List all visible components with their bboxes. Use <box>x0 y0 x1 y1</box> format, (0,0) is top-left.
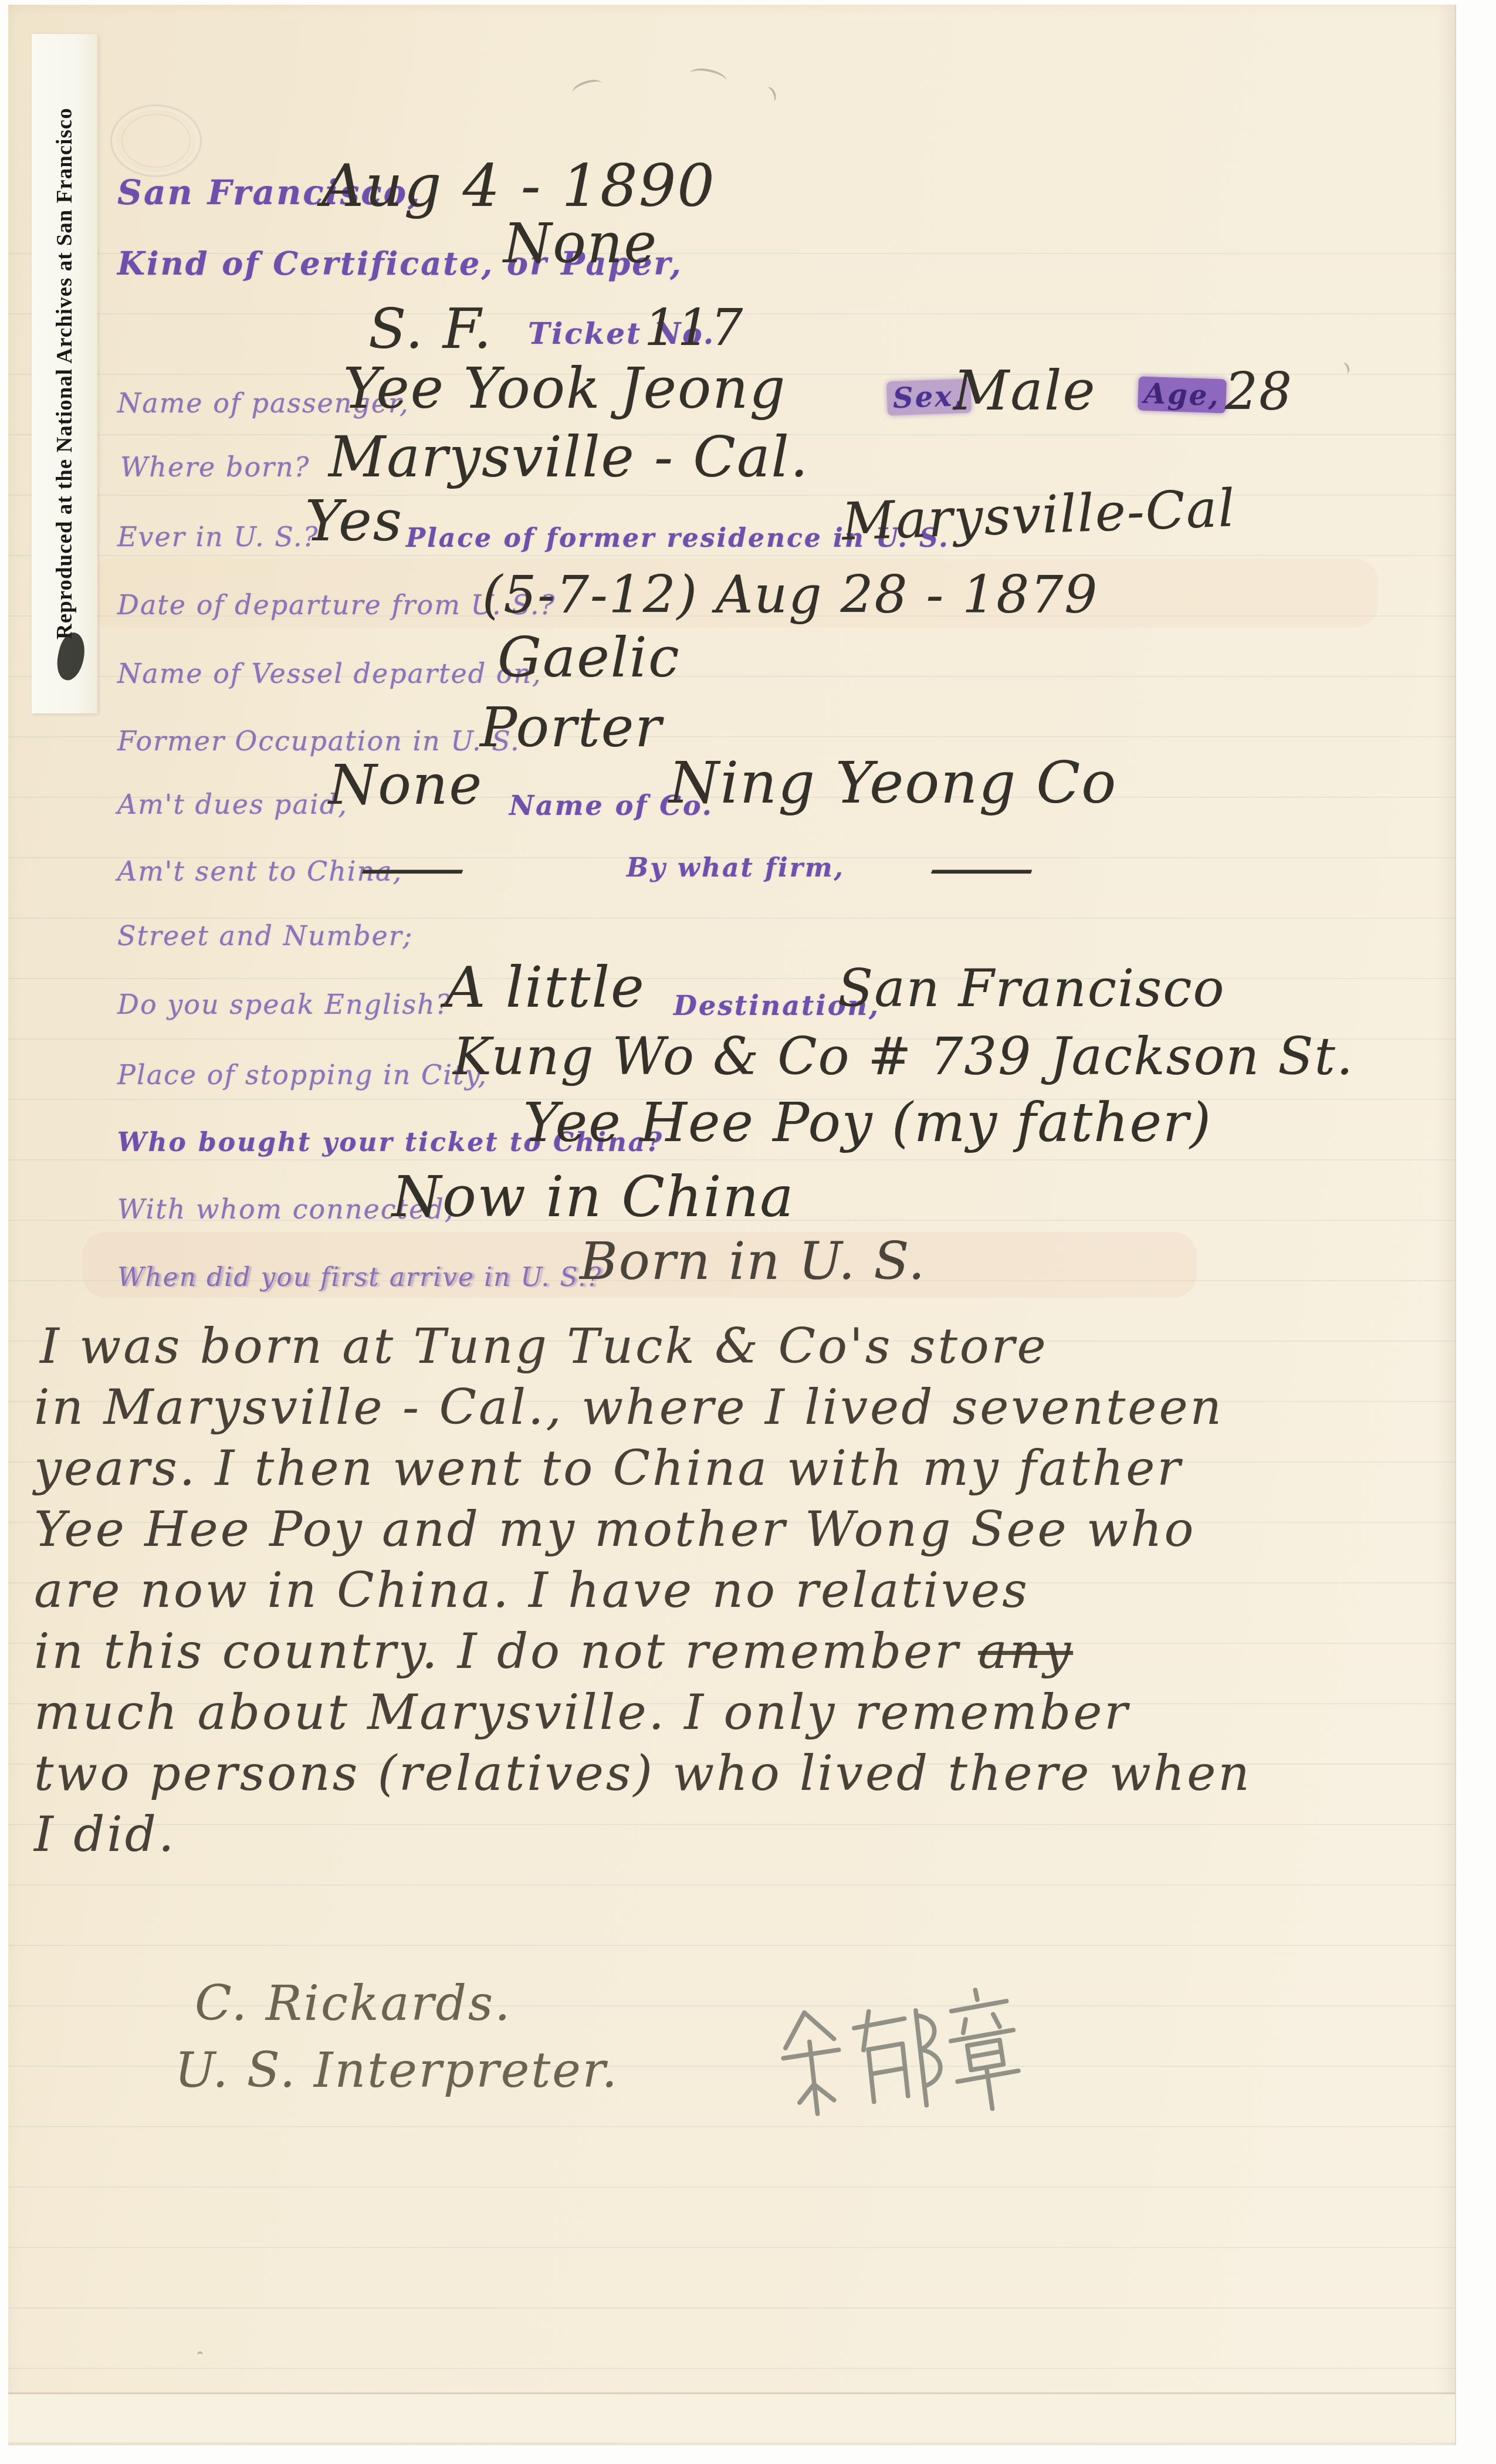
label-occupation: Former Occupation in U. S. <box>117 725 520 757</box>
answer-date: Aug 4 - 1890 <box>321 151 716 220</box>
answer-company: Ning Yeong Co <box>669 750 1117 817</box>
answer-sf: S. F. <box>368 297 492 361</box>
answer-dues-paid: None <box>329 753 483 817</box>
label-ever-in-us: Ever in U. S.? <box>117 521 319 553</box>
form-row-departure-date: Date of departure from U. S.? (5-7-12) A… <box>0 574 1496 644</box>
answer-certificate: None <box>503 212 658 276</box>
pencil-mark <box>197 2351 203 2358</box>
answer-by-what-firm: — <box>927 834 1038 901</box>
form-row-certificate: Kind of Certificate, or Paper, None <box>0 232 1496 302</box>
label-first-arrival: When did you first arrive in U. S.? <box>117 1263 602 1292</box>
answer-ever-in-us: Yes <box>305 488 403 554</box>
label-street-number: Street and Number; <box>117 920 413 952</box>
answer-sex: Male <box>953 359 1096 422</box>
statement-line: Yee Hee Poy and my mother Wong See who <box>34 1501 1471 1562</box>
form-row-born: Where born? Marysville - Cal. <box>0 437 1496 507</box>
form-row-sent-to-china: Am't sent to China, — By what firm, — <box>0 840 1496 911</box>
struck-word: any <box>978 1623 1073 1680</box>
label-stopping-place: Place of stopping in City, <box>117 1059 488 1091</box>
label-speak-english: Do you speak English? <box>117 989 451 1020</box>
statement-line: years. I then went to China with my fath… <box>34 1440 1471 1501</box>
answer-departure-date: (5-7-12) Aug 28 - 1879 <box>482 564 1098 625</box>
label-by-what-firm: By what firm, <box>627 853 845 883</box>
answer-first-arrival: Born in U. S. <box>580 1231 926 1291</box>
statement-line: I did. <box>34 1806 1471 1867</box>
answer-sent-to-china: — <box>358 834 469 901</box>
statement-line: are now in China. I have no relatives <box>34 1562 1471 1623</box>
label-dues-paid: Am't dues paid, <box>117 788 348 820</box>
answer-where-born: Marysville - Cal. <box>329 425 809 490</box>
answer-speak-english: A little <box>445 955 645 1020</box>
answer-vessel: Gaelic <box>497 626 681 690</box>
answer-passenger-name: Yee Yook Jeong <box>343 357 786 421</box>
statement-line: in this country. I do not remember any <box>34 1623 1471 1684</box>
answer-ticket-no: 117 <box>644 299 744 357</box>
interpreter-title: U. S. Interpreter. <box>175 2043 619 2099</box>
answer-connected: Now in China <box>392 1164 795 1230</box>
answer-age: 28 <box>1225 361 1293 422</box>
answer-stopping-place: Kung Wo & Co # 739 Jackson St. <box>453 1026 1354 1087</box>
form-row-street: Street and Number; <box>0 908 1496 979</box>
label-vessel: Name of Vessel departed on, <box>117 658 542 689</box>
form-row-dues: Am't dues paid, None Name of Co. Ning Ye… <box>0 770 1496 840</box>
interpreter-signature: C. Rickards. <box>195 1976 512 2032</box>
chinese-signature-strokes <box>766 1979 1027 2143</box>
testimony-statement: I was born at Tung Tuck & Co's store in … <box>34 1318 1471 1867</box>
statement-line-text: in this country. I do not remember <box>34 1623 960 1680</box>
form-row-date: San Francisco, Aug 4 - 1890 <box>0 160 1496 230</box>
answer-former-residence: Marysville-Cal <box>841 478 1237 551</box>
answer-occupation: Porter <box>480 696 662 760</box>
statement-line: I was born at Tung Tuck & Co's store <box>34 1318 1471 1379</box>
statement-line: two persons (relatives) who lived there … <box>34 1745 1471 1806</box>
answer-ticket-buyer: Yee Hee Poy (my father) <box>523 1091 1212 1154</box>
bottom-margin <box>8 2394 1455 2442</box>
statement-line: in Marysville - Cal., where I lived seve… <box>34 1379 1471 1440</box>
answer-destination: San Francisco <box>838 958 1226 1018</box>
statement-line: much about Marysville. I only remember <box>34 1684 1471 1745</box>
label-where-born: Where born? <box>120 451 310 483</box>
form-row-first-arrival: When did you first arrive in U. S.? Born… <box>0 1245 1496 1315</box>
form-row-vessel: Name of Vessel departed on, Gaelic <box>0 642 1496 713</box>
label-age: Age, <box>1138 376 1227 413</box>
